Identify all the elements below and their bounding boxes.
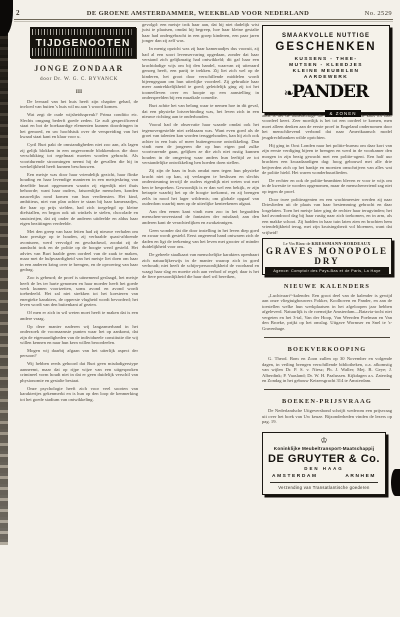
boekverkooping-body: G. Theod. Bom en Zoon zullen op 30 Novem… (262, 356, 392, 383)
wine-name: GRAVES MONOPOLE DRY (265, 246, 389, 266)
company-name: DE GRUYTER & Co. (266, 453, 382, 465)
section-heading-boekverkooping: BOEKVERKOOPING (262, 346, 392, 353)
scan-blob-artifact (391, 469, 400, 496)
tijdgenooten-masthead: TIJDGENOOTEN (30, 27, 136, 58)
column-left: TIJDGENOOTEN JONGE ZONDAAR door Dr. W. G… (20, 25, 138, 405)
body-paragraph: Onze psychologie heeft zich voor veel so… (20, 386, 138, 402)
graves-advertisement: Le Vin Blanc de KRESSMANN-BORDEAUX GRAVE… (262, 238, 392, 275)
body-paragraph: Door twee politieagenten en een wachtmee… (262, 197, 392, 235)
wine-brand: KRESSMANN-BORDEAUX (311, 241, 370, 246)
body-paragraph: Burt achtte het van belang waar te nemen… (142, 103, 259, 119)
scan-corner-artifact (0, 0, 13, 36)
crown-icon: ♔ (266, 437, 382, 445)
kalenders-body: „Luchtvaart“-kalender. Een groot deel va… (262, 293, 392, 331)
branch-city: AMSTERDAM (272, 474, 318, 479)
wine-line: Le Vin Blanc de KRESSMANN-BORDEAUX (265, 241, 389, 246)
scan-edge-artifact (0, 0, 8, 545)
newspaper-title: DE GROENE AMSTERDAMMER, WEEKBLAD VOOR NE… (46, 10, 350, 17)
ad-item: AARDEWERK (263, 75, 389, 81)
body-paragraph: Cyril Burt pakt de omstandigheden niet z… (20, 142, 138, 169)
article-byline: door Dr. W. G. C. BYVANCK (20, 76, 138, 82)
ad-headline-large: GESCHENKEN (263, 41, 389, 53)
header-rule (14, 19, 393, 20)
body-paragraph: Zij zijn de baas in huis omdat men tegen… (142, 168, 259, 206)
brand-wordmark: PANDER (292, 82, 368, 102)
body-paragraph: De leeraad van het huis heeft zijn chapi… (20, 99, 138, 110)
ad-headline-small: SMAAKVOLLE NUTTIGE (263, 33, 389, 39)
pander-advertisement: SMAAKVOLLE NUTTIGE GESCHENKEN KUSSENS - … (262, 25, 390, 113)
wine-agency: Agence: Comptoir des Pays-Bas et de Pari… (265, 267, 389, 274)
body-paragraph: In menig opzicht was zij haar kameraadje… (142, 46, 259, 101)
article-body-col3: ands is het de buitelachtige die met ven… (262, 113, 392, 235)
body-paragraph: De rechter en ook de politie-beambten bl… (262, 178, 392, 194)
column-right: SMAAKVOLLE NUTTIGE GESCHENKEN KUSSENS - … (262, 25, 392, 495)
masthead-banner-title: TIJDGENOOTEN (36, 37, 131, 49)
section-divider (264, 337, 390, 338)
prijsvraag-body: De Nederlandsche Uitgeversbond schrijft … (262, 408, 392, 424)
body-paragraph: Mogen wij daarbij afgaan van het uiterli… (20, 348, 138, 359)
body-paragraph: Wij hebben reeds gehoord dat Burt geen m… (20, 361, 138, 383)
brand-suffix: & ZONEN (325, 110, 360, 117)
newspaper-page: 2 DE GROENE AMSTERDAMMER, WEEKBLAD VOOR … (0, 0, 400, 617)
article-body-col2: gevolgd: een meisje trok haar aan, dat h… (142, 22, 259, 279)
section-paragraph: G. Theod. Bom en Zoon zullen op 30 Novem… (262, 356, 392, 383)
section-paragraph: De Nederlandsche Uitgeversbond schrijft … (262, 408, 392, 424)
section-divider (264, 389, 390, 390)
issue-number: No. 2529 (350, 10, 392, 17)
body-paragraph: gevolgd: een meisje trok haar aan, dat h… (142, 22, 259, 44)
ad-item-list: KUSSENS - THEE- MUTSEN - KLEEDJES KLEINE… (263, 57, 389, 81)
wine-line-prefix: Le Vin Blanc de (283, 241, 311, 246)
page-number: 2 (16, 9, 46, 17)
column-middle: gevolgd: een meisje trok haar aan, dat h… (142, 22, 259, 282)
body-paragraph: De geheele staalkaart van menschelijke k… (142, 252, 259, 279)
body-paragraph: Met den greep van haar feiten had zij ni… (20, 229, 138, 273)
body-paragraph: Zoo is gebeurd; de proef is uitnemend ge… (20, 275, 138, 308)
de-gruyter-advertisement: ♔ Koninklijke Meubeltransport-Maatschapp… (262, 432, 386, 495)
body-paragraph: Geen wonder dat die door instelling in h… (142, 228, 259, 250)
body-paragraph: Vooral had de observatie haar waarde omd… (142, 122, 259, 166)
article-body-col1: De leeraad van het huis heeft zijn chapi… (20, 99, 138, 402)
article-title: JONGE ZONDAAR (20, 64, 138, 73)
company-subtitle: Koninklijke Meubeltransport-Maatschappij (266, 446, 382, 451)
ad-footer-line: Verzending van Transatlantische goederen (270, 482, 378, 490)
body-paragraph: Aan den eenen kant vindt men zoo in het … (142, 209, 259, 225)
section-heading-kalenders: NIEUWE KALENDERS (262, 283, 392, 290)
branch-city: ARNHEM (345, 474, 376, 479)
section-heading-prijsvraag: BOEKEN-PRIJSVRAAG (262, 398, 392, 405)
company-branches: AMSTERDAM ARNHEM (266, 474, 382, 479)
body-paragraph: Op deze manier naderen wij langzamerhand… (20, 324, 138, 346)
running-head: 2 DE GROENE AMSTERDAMMER, WEEKBLAD VOOR … (16, 9, 392, 17)
body-paragraph: Een meisje was door haar vriendelijk gez… (20, 172, 138, 227)
body-paragraph: Wat zegt de oude wijsheidsspreuk? Prima … (20, 112, 138, 139)
body-paragraph: Hij ging in Oost Londen naar het politie… (262, 143, 392, 176)
body-paragraph: Of men er zich in wil weten moet heeft t… (20, 310, 138, 321)
section-paragraph: „Luchtvaart“-kalender. Een groot deel va… (262, 293, 392, 331)
section-marker: III (20, 89, 138, 95)
company-city: DEN HAAG (266, 466, 382, 471)
pander-logo: ❧PANDER & ZONEN (263, 84, 389, 120)
